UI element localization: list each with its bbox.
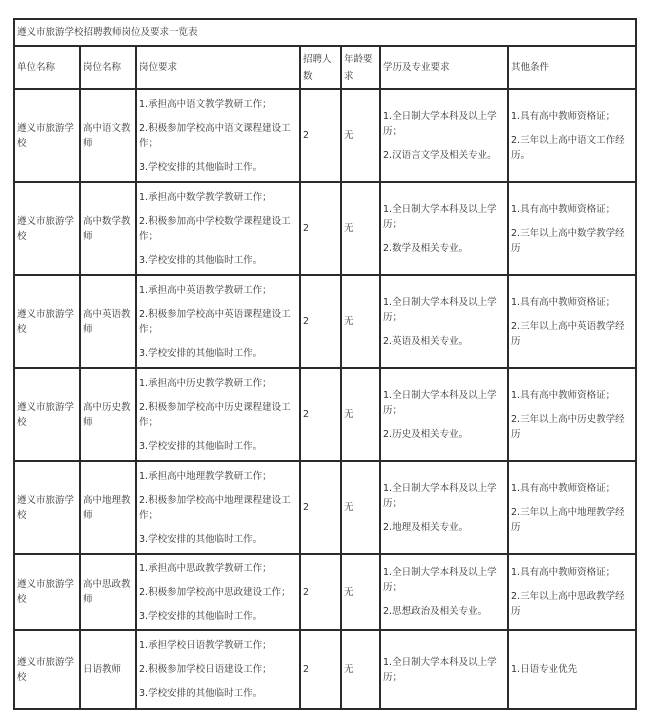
education-cell: 1.全日制大学本科及以上学历；2.英语及相关专业。 [380,275,508,368]
duties-cell: 1.承担学校日语教学教研工作；2.积极参加学校日语建设工作；3.学校安排的其他临… [136,630,300,709]
education-cell: 1.全日制大学本科及以上学历；2.思想政治及相关专业。 [380,554,508,630]
duties-cell-item: 1.承担高中语文教学教研工作； [139,97,297,112]
duties-cell: 1.承担高中历史教学教研工作；2.积极参加学校高中历史课程建设工作；3.学校安排… [136,368,300,461]
count-cell: 2 [300,89,341,182]
header-education: 学历及专业要求 [380,46,508,89]
table-row: 遵义市旅游学校高中历史教师1.承担高中历史教学教研工作；2.积极参加学校高中历史… [14,368,636,461]
duties-cell-item: 3.学校安排的其他临时工作。 [139,253,297,268]
table-title: 遵义市旅游学校招聘教师岗位及要求一览表 [14,19,636,46]
education-cell: 1.全日制大学本科及以上学历；2.地理及相关专业。 [380,461,508,554]
unit-name-cell: 遵义市旅游学校 [14,182,80,275]
duties-cell-item: 3.学校安排的其他临时工作。 [139,686,297,701]
other-cell-item: 2.三年以上高中英语教学经历 [511,319,633,349]
education-cell-item: 1.全日制大学本科及以上学历； [383,295,505,325]
other-cell-item: 1.具有高中教师资格证； [511,109,633,124]
table-row: 遵义市旅游学校高中思政教师1.承担高中思政教学教研工作；2.积极参加学校高中思政… [14,554,636,630]
education-cell-item: 1.全日制大学本科及以上学历； [383,388,505,418]
age-cell: 无 [341,182,380,275]
education-cell: 1.全日制大学本科及以上学历；2.历史及相关专业。 [380,368,508,461]
other-cell: 1.具有高中教师资格证；2.三年以上高中思政教学经历 [508,554,636,630]
position-name-cell: 高中语文教师 [80,89,136,182]
header-position: 岗位名称 [80,46,136,89]
duties-cell-item: 1.承担高中历史教学教研工作； [139,376,297,391]
unit-name-cell: 遵义市旅游学校 [14,368,80,461]
position-name-cell: 高中历史教师 [80,368,136,461]
duties-cell-item: 2.积极参加学校高中语文课程建设工作； [139,121,297,151]
count-cell: 2 [300,368,341,461]
title-row: 遵义市旅游学校招聘教师岗位及要求一览表 [14,19,636,46]
duties-cell-item: 2.积极参加学校高中地理课程建设工作； [139,493,297,523]
duties-cell-item: 1.承担高中英语教学教研工作； [139,283,297,298]
position-name-cell: 高中英语教师 [80,275,136,368]
duties-cell-item: 1.承担高中思政教学教研工作； [139,561,297,576]
header-row: 单位名称 岗位名称 岗位要求 招聘人数 年龄要求 学历及专业要求 其他条件 [14,46,636,89]
unit-name-cell: 遵义市旅游学校 [14,554,80,630]
duties-cell: 1.承担高中数学教学教研工作；2.积极参加高中学校数学课程建设工作；3.学校安排… [136,182,300,275]
duties-cell-item: 2.积极参加学校日语建设工作； [139,662,297,677]
duties-cell-item: 3.学校安排的其他临时工作。 [139,160,297,175]
unit-name-cell: 遵义市旅游学校 [14,89,80,182]
table-row: 遵义市旅游学校高中地理教师1.承担高中地理教学教研工作；2.积极参加学校高中地理… [14,461,636,554]
table-row: 遵义市旅游学校高中数学教师1.承担高中数学教学教研工作；2.积极参加高中学校数学… [14,182,636,275]
other-cell: 1.具有高中教师资格证；2.三年以上高中数学教学经历 [508,182,636,275]
header-unit: 单位名称 [14,46,80,89]
age-cell: 无 [341,275,380,368]
other-cell-item: 1.具有高中教师资格证； [511,295,633,310]
duties-cell-item: 2.积极参加学校高中英语课程建设工作； [139,307,297,337]
education-cell-item: 1.全日制大学本科及以上学历； [383,655,505,685]
other-cell: 1.具有高中教师资格证；2.三年以上高中历史教学经历 [508,368,636,461]
education-cell: 1.全日制大学本科及以上学历； [380,630,508,709]
other-cell-item: 1.具有高中教师资格证； [511,202,633,217]
position-name-cell: 高中思政教师 [80,554,136,630]
duties-cell-item: 3.学校安排的其他临时工作。 [139,532,297,547]
other-cell-item: 1.具有高中教师资格证； [511,388,633,403]
duties-cell: 1.承担高中英语教学教研工作；2.积极参加学校高中英语课程建设工作；3.学校安排… [136,275,300,368]
table-row: 遵义市旅游学校高中语文教师1.承担高中语文教学教研工作；2.积极参加学校高中语文… [14,89,636,182]
other-cell-item: 2.三年以上高中思政教学经历 [511,589,633,619]
age-cell: 无 [341,368,380,461]
header-count: 招聘人数 [300,46,341,89]
duties-cell-item: 2.积极参加学校高中历史课程建设工作； [139,400,297,430]
duties-cell: 1.承担高中地理教学教研工作；2.积极参加学校高中地理课程建设工作；3.学校安排… [136,461,300,554]
other-cell-item: 1.日语专业优先 [511,662,633,677]
duties-cell: 1.承担高中语文教学教研工作；2.积极参加学校高中语文课程建设工作；3.学校安排… [136,89,300,182]
education-cell-item: 2.思想政治及相关专业。 [383,604,505,619]
header-other: 其他条件 [508,46,636,89]
unit-name-cell: 遵义市旅游学校 [14,275,80,368]
other-cell: 1.具有高中教师资格证；2.三年以上高中地理教学经历 [508,461,636,554]
age-cell: 无 [341,630,380,709]
other-cell: 1.日语专业优先 [508,630,636,709]
education-cell-item: 2.数学及相关专业。 [383,241,505,256]
count-cell: 2 [300,182,341,275]
duties-cell-item: 2.积极参加高中学校数学课程建设工作； [139,214,297,244]
duties-cell-item: 1.承担学校日语教学教研工作； [139,638,297,653]
education-cell-item: 1.全日制大学本科及以上学历； [383,202,505,232]
unit-name-cell: 遵义市旅游学校 [14,461,80,554]
education-cell-item: 2.历史及相关专业。 [383,427,505,442]
table-row: 遵义市旅游学校高中英语教师1.承担高中英语教学教研工作；2.积极参加学校高中英语… [14,275,636,368]
education-cell-item: 1.全日制大学本科及以上学历； [383,109,505,139]
education-cell: 1.全日制大学本科及以上学历；2.汉语言文学及相关专业。 [380,89,508,182]
other-cell-item: 2.三年以上高中历史教学经历 [511,412,633,442]
recruitment-table: 遵义市旅游学校招聘教师岗位及要求一览表 单位名称 岗位名称 岗位要求 招聘人数 … [13,18,637,710]
duties-cell-item: 3.学校安排的其他临时工作。 [139,609,297,624]
education-cell-item: 1.全日制大学本科及以上学历； [383,565,505,595]
position-name-cell: 日语教师 [80,630,136,709]
education-cell-item: 2.汉语言文学及相关专业。 [383,148,505,163]
education-cell-item: 2.英语及相关专业。 [383,334,505,349]
unit-name-cell: 遵义市旅游学校 [14,630,80,709]
count-cell: 2 [300,461,341,554]
education-cell: 1.全日制大学本科及以上学历；2.数学及相关专业。 [380,182,508,275]
age-cell: 无 [341,461,380,554]
duties-cell: 1.承担高中思政教学教研工作；2.积极参加学校高中思政建设工作；3.学校安排的其… [136,554,300,630]
education-cell-item: 2.地理及相关专业。 [383,520,505,535]
position-name-cell: 高中地理教师 [80,461,136,554]
count-cell: 2 [300,275,341,368]
other-cell-item: 2.三年以上高中数学教学经历 [511,226,633,256]
position-name-cell: 高中数学教师 [80,182,136,275]
age-cell: 无 [341,554,380,630]
other-cell-item: 2.三年以上高中语文工作经历。 [511,133,633,163]
other-cell-item: 1.具有高中教师资格证； [511,565,633,580]
duties-cell-item: 1.承担高中数学教学教研工作； [139,190,297,205]
count-cell: 2 [300,630,341,709]
other-cell: 1.具有高中教师资格证；2.三年以上高中英语教学经历 [508,275,636,368]
other-cell-item: 1.具有高中教师资格证； [511,481,633,496]
table-row: 遵义市旅游学校日语教师1.承担学校日语教学教研工作；2.积极参加学校日语建设工作… [14,630,636,709]
age-cell: 无 [341,89,380,182]
education-cell-item: 1.全日制大学本科及以上学历； [383,481,505,511]
header-age: 年龄要求 [341,46,380,89]
duties-cell-item: 3.学校安排的其他临时工作。 [139,439,297,454]
duties-cell-item: 3.学校安排的其他临时工作。 [139,346,297,361]
header-duties: 岗位要求 [136,46,300,89]
other-cell: 1.具有高中教师资格证；2.三年以上高中语文工作经历。 [508,89,636,182]
count-cell: 2 [300,554,341,630]
other-cell-item: 2.三年以上高中地理教学经历 [511,505,633,535]
duties-cell-item: 1.承担高中地理教学教研工作； [139,469,297,484]
duties-cell-item: 2.积极参加学校高中思政建设工作； [139,585,297,600]
